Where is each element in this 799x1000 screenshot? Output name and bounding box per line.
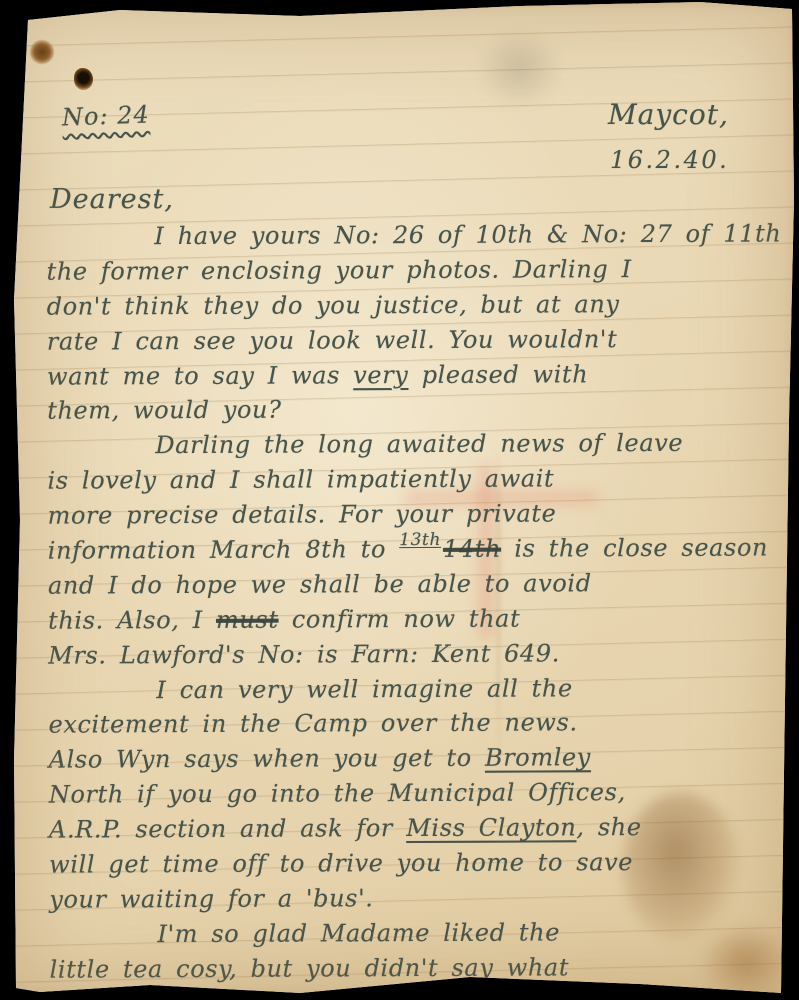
- letter-line: Also Wyn says when you get to Bromley: [49, 740, 788, 778]
- letter-line: I'm so glad Madame liked the: [49, 914, 788, 952]
- letter-text: Darling the long awaited news of leave: [155, 429, 683, 459]
- letter-text: excitement in the Camp over the news.: [48, 709, 577, 739]
- letter-line: and I do hope we shall be able to avoid: [48, 565, 787, 603]
- letter-text: I can very well imagine all the: [156, 674, 572, 704]
- letter-line: North if you go into the Municipal Offic…: [49, 775, 788, 813]
- letter-text: pleased with: [408, 360, 588, 389]
- letter-line: your waiting for a 'bus'.: [49, 879, 788, 917]
- letter-line: Darling the long awaited news of leave: [47, 426, 786, 464]
- letter-text: North if you go into the Municipal Offic…: [49, 778, 626, 809]
- paper-hole: [74, 68, 93, 90]
- struck-out-text: 14th: [443, 535, 501, 563]
- letter-line: the former enclosing your photos. Darlin…: [46, 251, 785, 289]
- letter-place: Maycot,: [608, 98, 729, 131]
- underlined-text: Bromley: [485, 744, 591, 772]
- letter-line: A.R.P. section and ask for Miss Clayton,…: [49, 810, 788, 848]
- letter-text: is lovely and I shall impatiently await: [47, 465, 554, 495]
- letter-line: want me to say I was very pleased with: [47, 356, 786, 394]
- letter-paper: No: 24 Maycot, 16.2.40. Dearest, I have …: [0, 0, 799, 1000]
- letter-text: rate I can see you look well. You wouldn…: [47, 325, 618, 355]
- letter-line: rate I can see you look well. You wouldn…: [47, 321, 786, 359]
- brown-spot-stain: [30, 40, 54, 64]
- letter-line: I can very well imagine all the: [48, 670, 787, 708]
- letter-line: little tea cosy, but you didn't say what: [50, 949, 789, 987]
- letter-text: will get time off to drive you home to s…: [49, 848, 633, 879]
- letter-text: A.R.P. section and ask for: [49, 814, 406, 844]
- letter-line: excitement in the Camp over the news.: [48, 705, 787, 743]
- struck-out-text: must: [216, 605, 279, 633]
- letter-body: I have yours No: 26 of 10th & No: 27 of …: [46, 216, 788, 987]
- letter-line: is lovely and I shall impatiently await: [47, 461, 786, 499]
- letter-line: this. Also, I must confirm now that: [48, 600, 787, 638]
- letter-text: and I do hope we shall be able to avoid: [48, 569, 592, 599]
- letter-number: No: 24: [62, 100, 151, 131]
- letter-line: don't think they do you justice, but at …: [47, 286, 786, 324]
- letter-text: confirm now that: [278, 604, 520, 633]
- letter-text: , she: [576, 813, 641, 841]
- letter-text: I'm so glad Madame liked the: [157, 918, 560, 948]
- letter-text: the former enclosing your photos. Darlin…: [46, 255, 631, 286]
- letter-text: your waiting for a 'bus'.: [49, 884, 373, 913]
- inserted-correction-text: 13th: [399, 523, 441, 558]
- letter-line: will get time off to drive you home to s…: [49, 844, 788, 882]
- underlined-text: very: [353, 361, 408, 389]
- letter-line: them, would you?: [47, 391, 786, 429]
- letter-text: want me to say I was: [47, 361, 353, 390]
- underlined-text: Miss Clayton: [406, 813, 576, 842]
- letter-text: this. Also, I: [48, 606, 216, 635]
- letter-text: is the close season: [501, 533, 768, 562]
- letter-text: don't think they do you justice, but at …: [47, 290, 620, 320]
- letter-text: Also Wyn says when you get to: [49, 744, 485, 774]
- letter-line: I have yours No: 26 of 10th & No: 27 of …: [46, 216, 785, 254]
- photo-background: No: 24 Maycot, 16.2.40. Dearest, I have …: [0, 0, 799, 1000]
- salutation: Dearest,: [50, 184, 174, 215]
- letter-text: I have yours No: 26 of 10th & No: 27 of …: [154, 219, 799, 250]
- letter-line: information March 8th to 13th14th is the…: [48, 530, 787, 568]
- letter-text: more precise details. For your private: [48, 500, 557, 530]
- top-smudge-stain: [472, 26, 567, 111]
- letter-line: Mrs. Lawford's No: is Farn: Kent 649.: [48, 635, 787, 673]
- letter-text: Mrs. Lawford's No: is Farn: Kent 649.: [48, 639, 560, 669]
- letter-text: information March 8th to: [48, 535, 400, 565]
- letter-text: little tea cosy, but you didn't say what: [50, 953, 570, 983]
- letter-text: them, would you?: [47, 396, 281, 425]
- letter-date: 16.2.40.: [610, 146, 729, 174]
